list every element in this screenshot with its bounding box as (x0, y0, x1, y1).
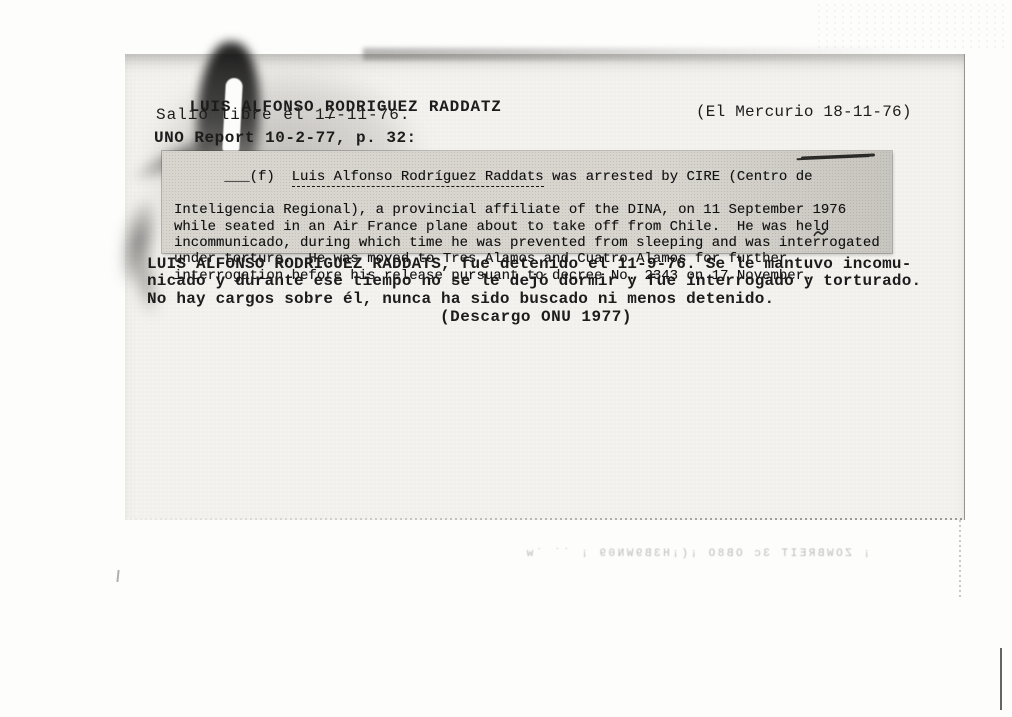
scanned-index-card: LUIS ALFONSO RODRIGUEZ RADDATZ Salió lib… (125, 54, 965, 520)
clipping-line: incommunicado, during which time he was … (174, 235, 892, 251)
card-bottom-scan-edge (125, 518, 964, 520)
summary-line: LUIS ALFONSO RODRIGUEZ RADDATS, fue dete… (147, 256, 921, 273)
summary-line: No hay cargos sobre él, nunca ha sido bu… (147, 291, 921, 308)
stray-mark (116, 570, 119, 582)
clipping-line: Inteligencia Regional), a provincial aff… (174, 202, 892, 218)
scan-edge-speckles (959, 520, 961, 600)
scan-noise-patch (815, 2, 1010, 52)
pen-squiggle-mark (813, 226, 827, 238)
clipping-line-text: was arrested by CIRE (Centro de (544, 169, 813, 185)
clipping-line: ___(f) Luis Alfonso Rodríguez Raddats wa… (174, 153, 892, 202)
summary-line: nicado y durante ese tiempo no se le dej… (147, 273, 921, 290)
mirrored-bleedthrough-text: ¡ ZOWBREIT 3c OB8O ¡(¡H3B9WN09 ¡ ˙˙ ˙w (470, 548, 870, 560)
underlined-subject-name: Luis Alfonso Rodríguez Raddats (292, 169, 544, 187)
clipping-item-marker: ___(f) (224, 169, 291, 185)
pasted-report-clipping: ___(f) Luis Alfonso Rodríguez Raddats wa… (162, 151, 892, 253)
clipping-line: while seated in an Air France plane abou… (174, 219, 892, 235)
summary-attribution: (Descargo ONU 1977) (440, 308, 632, 326)
typed-summary-paragraph: LUIS ALFONSO RODRIGUEZ RADDATS, fue dete… (147, 256, 921, 308)
release-date-line: Salió libre el 17-11-76. (156, 106, 410, 124)
un-report-reference: UNO Report 10-2-77, p. 32: (154, 129, 417, 147)
newspaper-source: (El Mercurio 18-11-76) (696, 103, 912, 121)
right-margin-scan-line (1000, 648, 1002, 710)
